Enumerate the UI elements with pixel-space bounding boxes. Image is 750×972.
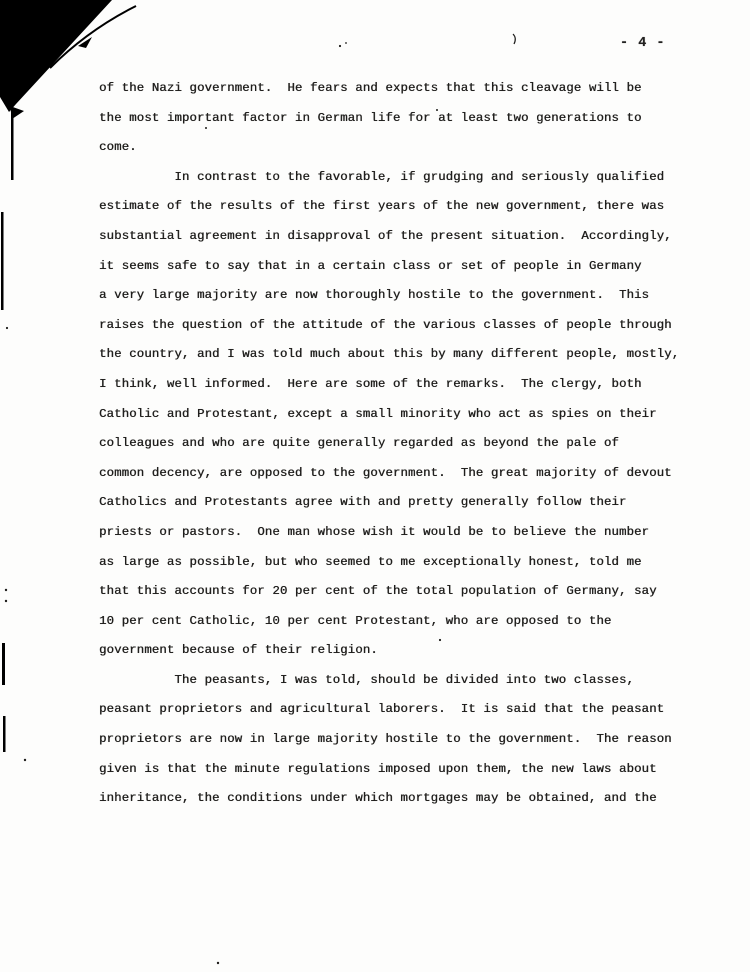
corner-fold-triangle-artifact xyxy=(0,0,112,112)
speck-artifact xyxy=(217,962,219,964)
text-line: of the Nazi government. He fears and exp… xyxy=(99,74,699,104)
text-line: peasant proprietors and agricultural lab… xyxy=(99,695,699,725)
text-line: the most important factor in German life… xyxy=(99,104,699,134)
text-line: as large as possible, but who seemed to … xyxy=(99,548,699,578)
text-line: I think, well informed. Here are some of… xyxy=(99,370,699,400)
text-line: given is that the minute regulations imp… xyxy=(99,755,699,785)
document-page: - 4 - of the Nazi government. He fears a… xyxy=(0,0,750,972)
left-edge-line-artifact xyxy=(11,112,14,180)
text-line: proprietors are now in large majority ho… xyxy=(99,725,699,755)
text-line: the country, and I was told much about t… xyxy=(99,340,699,370)
text-line: substantial agreement in disapproval of … xyxy=(99,222,699,252)
text-line: estimate of the results of the first yea… xyxy=(99,192,699,222)
speck-artifact xyxy=(5,600,7,602)
text-line: priests or pastors. One man whose wish i… xyxy=(99,518,699,548)
left-edge-line-artifact xyxy=(2,643,5,685)
text-line: In contrast to the favorable, if grudgin… xyxy=(99,163,699,193)
text-line: colleagues and who are quite generally r… xyxy=(99,429,699,459)
text-line: it seems safe to say that in a certain c… xyxy=(99,252,699,282)
arrowhead-mark-artifact xyxy=(78,37,92,48)
speck-artifact xyxy=(5,589,7,591)
page-number: - 4 - xyxy=(620,36,666,51)
text-line: The peasants, I was told, should be divi… xyxy=(99,666,699,696)
speck-artifact xyxy=(24,759,26,761)
text-line: inheritance, the conditions under which … xyxy=(99,784,699,814)
left-edge-line-artifact xyxy=(3,716,6,752)
speck-artifact xyxy=(345,42,347,44)
text-line: come. xyxy=(99,133,699,163)
typewritten-text-block: of the Nazi government. He fears and exp… xyxy=(99,74,699,814)
text-line: Catholics and Protestants agree with and… xyxy=(99,488,699,518)
speck-artifact xyxy=(6,327,8,329)
text-line: 10 per cent Catholic, 10 per cent Protes… xyxy=(99,607,699,637)
text-line: that this accounts for 20 per cent of th… xyxy=(99,577,699,607)
squiggle-mark-artifact xyxy=(513,34,515,44)
flag-mark-artifact xyxy=(10,106,24,119)
text-line: raises the question of the attitude of t… xyxy=(99,311,699,341)
left-edge-line-artifact xyxy=(1,212,4,310)
text-line: government because of their religion. xyxy=(99,636,699,666)
speck-artifact xyxy=(339,45,341,47)
text-line: Catholic and Protestant, except a small … xyxy=(99,400,699,430)
text-line: common decency, are opposed to the gover… xyxy=(99,459,699,489)
text-line: a very large majority are now thoroughly… xyxy=(99,281,699,311)
pen-stroke-curve-artifact xyxy=(50,6,136,68)
